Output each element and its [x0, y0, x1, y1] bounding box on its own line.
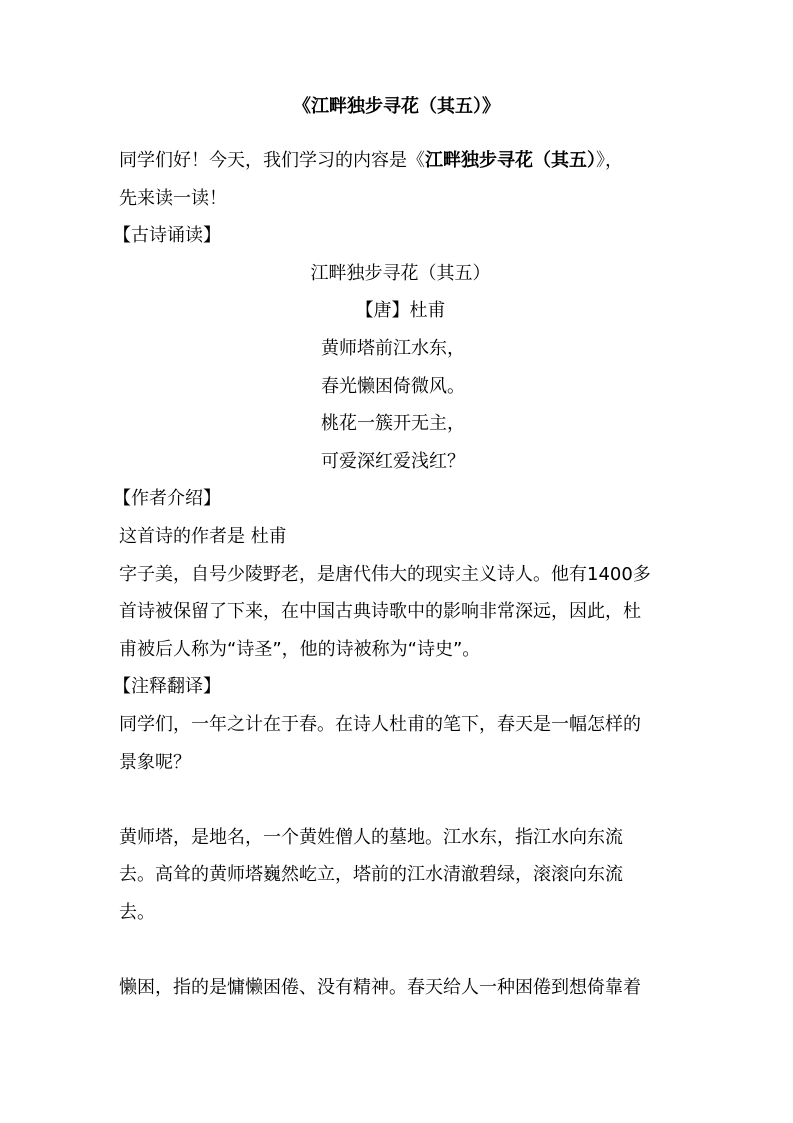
poem-line: 可爱深红爱浅红？: [119, 443, 674, 481]
poem-line: 春光懒困倚微风。: [119, 368, 674, 406]
section-heading-author: 【作者介绍】: [113, 480, 674, 518]
notes-para-line: 黄师塔，是地名，一个黄姓僧人的墓地。江水东，指江水向东流: [119, 819, 674, 857]
notes-para-line: 懒困，指的是慵懒困倦、没有精神。春天给人一种困倦到想倚靠着: [119, 969, 674, 1007]
author-name-line: 这首诗的作者是 杜甫: [119, 518, 674, 556]
intro-line-2: 先来读一读！: [119, 180, 674, 218]
author-para-line: 甫被后人称为“诗圣”，他的诗被称为“诗史”。: [119, 631, 674, 669]
poem-line: 黄师塔前江水东，: [119, 330, 674, 368]
intro-suffix: 》，: [596, 150, 623, 171]
notes-question-line: 同学们，一年之计在于春。在诗人杜甫的笔下，春天是一幅怎样的: [119, 706, 674, 744]
intro-line: 同学们好！今天，我们学习的内容是《江畔独步寻花（其五）》，: [119, 142, 674, 180]
blank-line: [119, 931, 674, 969]
poem-author: 【唐】杜甫: [119, 292, 674, 330]
author-para-line: 首诗被保留了下来，在中国古典诗歌中的影响非常深远，因此，杜: [119, 593, 674, 631]
section-heading-recite: 【古诗诵读】: [113, 217, 674, 255]
poem-line: 桃花一簇开无主，: [119, 405, 674, 443]
notes-para-line: 去。: [119, 894, 674, 932]
blank-line: [119, 781, 674, 819]
author-para-line: 字子美，自号少陵野老，是唐代伟大的现实主义诗人。他有1400多: [119, 556, 674, 594]
notes-para-line: 去。高耸的黄师塔巍然屹立，塔前的江水清澈碧绿，滚滚向东流: [119, 856, 674, 894]
section-heading-notes: 【注释翻译】: [113, 668, 674, 706]
document-title: 《江畔独步寻花（其五）》: [119, 94, 674, 120]
document-body: 同学们好！今天，我们学习的内容是《江畔独步寻花（其五）》， 先来读一读！ 【古诗…: [119, 142, 674, 1007]
notes-question-line: 景象呢？: [119, 744, 674, 782]
poem-title: 江畔独步寻花（其五）: [119, 255, 674, 293]
intro-poem-title: 江畔独步寻花（其五）: [425, 150, 596, 171]
intro-prefix: 同学们好！今天，我们学习的内容是《: [119, 150, 425, 171]
